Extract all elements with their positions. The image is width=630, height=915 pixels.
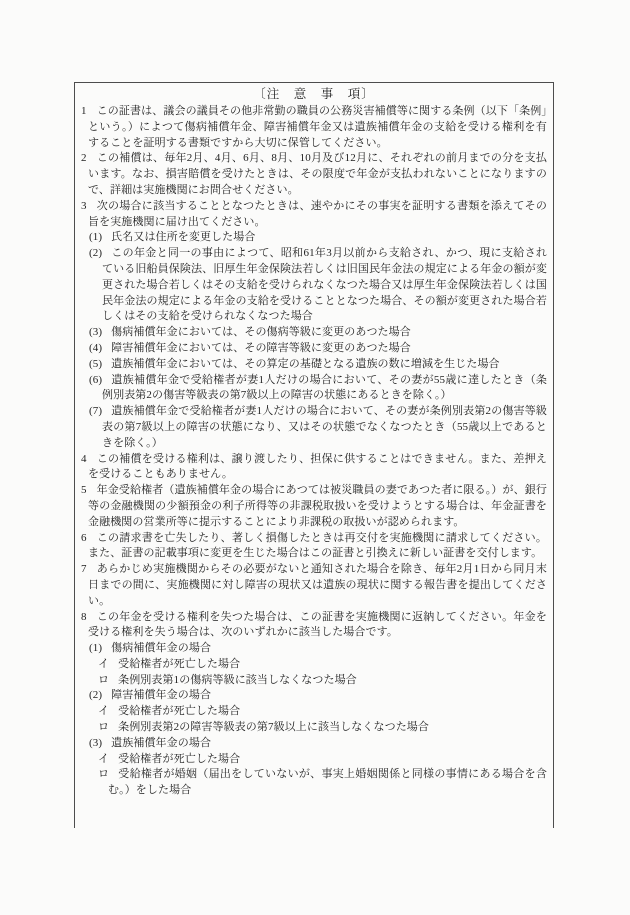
notice-frame: 〔注 意 事 項〕 1この証書は、議会の議員その他非常勤の職員の公務災害補償等に… — [74, 82, 554, 828]
item-text: 傷病補償年金においては、その傷病等級に変更のあつた場合 — [111, 326, 411, 338]
item-number: (4) — [89, 342, 102, 354]
item-number: (3) — [89, 737, 102, 749]
item-text: 傷病補償年金の場合 — [111, 642, 211, 654]
notice-subsubitem: ロ条例別表第2の障害等級表の第7級以上に該当しなくなつた場合 — [98, 720, 547, 736]
item-number: イ — [98, 753, 109, 765]
item-number: ロ — [98, 721, 109, 733]
notice-subitem: (1)傷病補償年金の場合 — [89, 641, 547, 657]
notice-subsubitem: イ受給権者が死亡した場合 — [98, 657, 547, 673]
item-number: 3 — [81, 200, 87, 212]
item-text: 条例別表第2の障害等級表の第7級以上に該当しなくなつた場合 — [118, 721, 429, 733]
notice-subitem: (1)氏名又は住所を変更した場合 — [89, 230, 547, 246]
item-text: この補償は、毎年2月、4月、6月、8月、10月及び12月に、それぞれの前月までの… — [88, 152, 547, 196]
notice-subsubitem: イ受給権者が死亡した場合 — [98, 704, 547, 720]
item-number: 4 — [81, 453, 87, 465]
item-number: (6) — [89, 374, 102, 386]
notice-subitem: (2)障害補償年金の場合 — [89, 688, 547, 704]
notice-item: 8この年金を受ける権利を失つた場合は、この証書を実施機関に返納してください。年金… — [81, 610, 547, 642]
item-number: (5) — [89, 358, 102, 370]
item-number: 6 — [81, 532, 87, 544]
item-number: (7) — [89, 405, 102, 417]
item-number: (3) — [89, 326, 102, 338]
notice-item: 5年金受給権者（遺族補償年金の場合にあつては被災職員の妻であつた者に限る。）が、… — [81, 483, 547, 530]
notice-item: 3次の場合に該当することとなつたときは、速やかにその事実を証明する書類を添えてそ… — [81, 199, 547, 231]
item-number: (1) — [89, 231, 102, 243]
item-number: ロ — [98, 768, 109, 780]
item-text: この補償を受ける権利は、譲り渡したり、担保に供することはできません。また、差押え… — [88, 453, 547, 481]
notice-item: 4この補償を受ける権利は、譲り渡したり、担保に供することはできません。また、差押… — [81, 452, 547, 484]
item-text: 障害補償年金においては、その障害等級に変更のあつた場合 — [111, 342, 411, 354]
page-title: 〔注 意 事 項〕 — [81, 86, 547, 103]
item-text: この年金と同一の事由によつて、昭和61年3月以前から支給され、かつ、現に支給され… — [102, 247, 547, 322]
notice-subsubitem: ロ受給権者が婚姻（届出をしていないが、事実上婚姻関係と同様の事情にある場合を含む… — [98, 767, 547, 799]
notice-subitem: (2)この年金と同一の事由によつて、昭和61年3月以前から支給され、かつ、現に支… — [89, 246, 547, 325]
notice-subitem: (7)遺族補償年金で受給権者が妻1人だけの場合において、その妻が条例別表第2の傷… — [89, 404, 547, 451]
item-text: 氏名又は住所を変更した場合 — [111, 231, 255, 243]
item-number: (2) — [89, 247, 102, 259]
item-number: 1 — [81, 105, 87, 117]
item-number: イ — [98, 705, 109, 717]
item-text: 遺族補償年金の場合 — [111, 737, 211, 749]
item-text: 遺族補償年金においては、その算定の基礎となる遺族の数に増減を生じた場合 — [111, 358, 500, 370]
notice-subitem: (5)遺族補償年金においては、その算定の基礎となる遺族の数に増減を生じた場合 — [89, 357, 547, 373]
item-number: 7 — [81, 563, 87, 575]
item-number: ロ — [98, 674, 109, 686]
item-number: 8 — [81, 611, 87, 623]
notice-subsubitem: ロ条例別表第1の傷病等級に該当しなくなつた場合 — [98, 673, 547, 689]
item-text: あらかじめ実施機関からその必要がないと通知された場合を除き、毎年2月1日から同月… — [88, 563, 547, 607]
item-number: (1) — [89, 642, 102, 654]
item-number: イ — [98, 658, 109, 670]
item-text: 遺族補償年金で受給権者が妻1人だけの場合において、その妻が条例別表第2の傷害等級… — [102, 405, 547, 449]
notice-item: 2この補償は、毎年2月、4月、6月、8月、10月及び12月に、それぞれの前月まで… — [81, 151, 547, 198]
notice-item: 6この請求書を亡失したり、著しく損傷したときは再交付を実施機関に請求してください… — [81, 531, 547, 563]
item-text: 受給権者が死亡した場合 — [118, 658, 240, 670]
item-text: 受給権者が死亡した場合 — [118, 705, 240, 717]
item-text: 年金受給権者（遺族補償年金の場合にあつては被災職員の妻であつた者に限る。）が、銀… — [88, 484, 547, 528]
notice-item: 7あらかじめ実施機関からその必要がないと通知された場合を除き、毎年2月1日から同… — [81, 562, 547, 609]
notice-item: 1この証書は、議会の議員その他非常勤の職員の公務災害補償等に関する条例（以下「条… — [81, 104, 547, 151]
notice-subitem: (3)遺族補償年金の場合 — [89, 736, 547, 752]
item-text: 受給権者が婚姻（届出をしていないが、事実上婚姻関係と同様の事情にある場合を含む。… — [108, 768, 547, 796]
item-number: 5 — [81, 484, 87, 496]
item-text: 次の場合に該当することとなつたときは、速やかにその事実を証明する書類を添えてその… — [88, 200, 547, 228]
item-text: 障害補償年金の場合 — [111, 689, 211, 701]
item-number: (2) — [89, 689, 102, 701]
item-text: 遺族補償年金で受給権者が妻1人だけの場合において、その妻が55歳に達したとき（条… — [102, 374, 547, 402]
item-text: 受給権者が死亡した場合 — [118, 753, 240, 765]
document-page: 〔注 意 事 項〕 1この証書は、議会の議員その他非常勤の職員の公務災害補償等に… — [0, 0, 630, 915]
item-text: この年金を受ける権利を失つた場合は、この証書を実施機関に返納してください。年金を… — [88, 611, 547, 639]
item-text: この証書は、議会の議員その他非常勤の職員の公務災害補償等に関する条例（以下「条例… — [88, 105, 547, 149]
item-text: この請求書を亡失したり、著しく損傷したときは再交付を実施機関に請求してください。… — [88, 532, 547, 560]
item-number: 2 — [81, 152, 87, 164]
notice-subitem: (4)障害補償年金においては、その障害等級に変更のあつた場合 — [89, 341, 547, 357]
notice-subitem: (3)傷病補償年金においては、その傷病等級に変更のあつた場合 — [89, 325, 547, 341]
item-text: 条例別表第1の傷病等級に該当しなくなつた場合 — [118, 674, 357, 686]
notice-subitem: (6)遺族補償年金で受給権者が妻1人だけの場合において、その妻が55歳に達したと… — [89, 373, 547, 405]
notice-subsubitem: イ受給権者が死亡した場合 — [98, 752, 547, 768]
